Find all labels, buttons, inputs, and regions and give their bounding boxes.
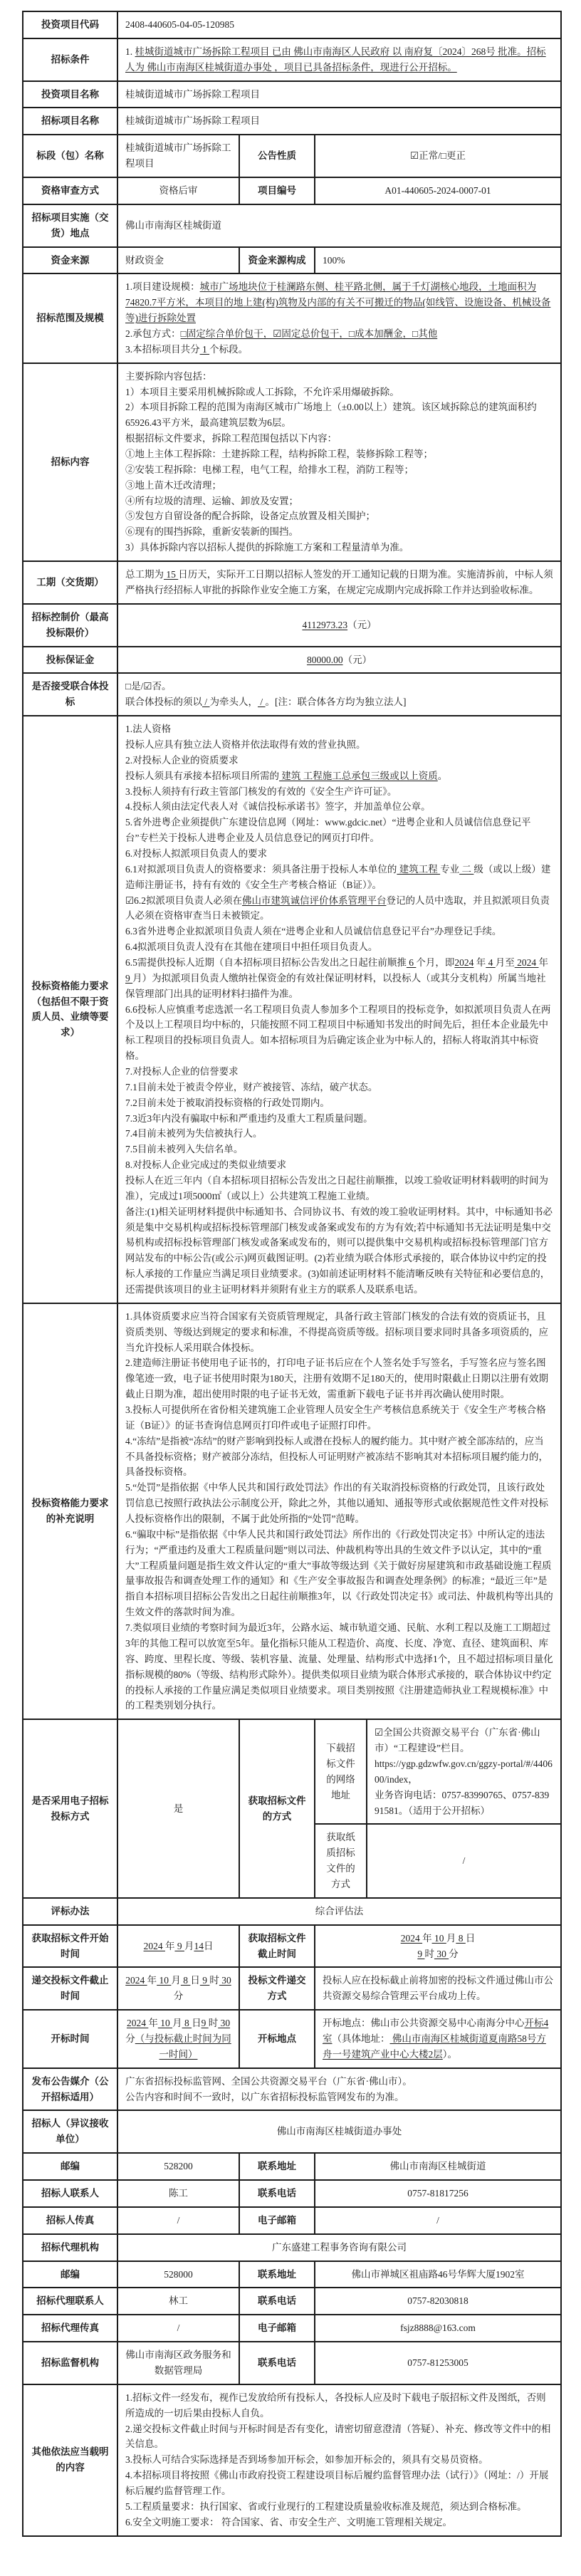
tenderer-label: 招标人（异议接收单位） bbox=[23, 2110, 117, 2153]
paragraph: 6.“骗取中标”是指依据《中华人民共和国行政处罚法》所作出的《行政处罚决定书》中… bbox=[125, 1527, 553, 1620]
text-segment: 日 bbox=[466, 1933, 476, 1944]
funding-composition-label: 资金来源构成 bbox=[239, 247, 315, 274]
implementation-location-label: 招标项目实施（交货）地点 bbox=[23, 204, 117, 247]
text-segment: 日 bbox=[192, 2018, 201, 2028]
underlined-text: 10 bbox=[157, 1975, 171, 1986]
paragraph: 投标人须具有承接本招标项目所需的 建筑 工程施工总承包三级或以上资质。 bbox=[125, 768, 553, 784]
underlined-text: 9 bbox=[201, 2018, 209, 2028]
paragraph: 5.“处罚”是指依据《中华人民共和国行政处罚法》作出的有关取消投标资格的行政处罚… bbox=[125, 1480, 553, 1527]
text-segment: 时 bbox=[209, 2018, 219, 2028]
funding-source-value: 财政资金 bbox=[117, 247, 239, 274]
table-row: 招标范围及规模 1.项目建设规模：城市广场地块位于桂澜路东侧、桂平路北侧，属于千… bbox=[23, 273, 561, 363]
text-segment: 时 bbox=[209, 1975, 219, 1986]
underlined-text: 桂城街道城市广场拆除工程项目 已由 佛山市南海区人民政府 以 南府复〔2024〕… bbox=[125, 46, 546, 73]
other-required-content-value: 1.招标文件一经发布，视作已发放给所有投标人，各投标人应及时下载电子版招标文件及… bbox=[117, 2384, 561, 2536]
bidder-qualification-requirements-label: 投标资格能力要求（包括但不限于资质人员、业绩等要求） bbox=[23, 716, 117, 1303]
table-row: 投标保证金 80000.00（元） bbox=[23, 647, 561, 674]
paragraph: 7.4目前未被列为失信被执行人。 bbox=[125, 1126, 553, 1142]
paragraph: 7.对投标人企业的信誉要求 bbox=[125, 1064, 553, 1080]
tenderer-contact-value: 陈工 bbox=[117, 2180, 239, 2207]
table-row: 资格审查方式 资格后审 项目编号 A01-440605-2024-0007-01 bbox=[23, 177, 561, 204]
project-number-label: 项目编号 bbox=[239, 177, 315, 204]
underlined-text: 9 bbox=[417, 1949, 424, 1959]
bid-opening-location-label: 开标地点 bbox=[239, 2010, 315, 2068]
tenderer-fax-value: / bbox=[117, 2207, 239, 2234]
paragraph: 7.1目前未处于被责令停业，财产被接管、冻结，破产状态。 bbox=[125, 1080, 553, 1095]
table-row: 工期（交货期） 总工期为 15 日历天，实际开工日期以招标人签发的开工通知记载的… bbox=[23, 561, 561, 604]
paper-documents-method-label: 获取纸质招标文件的方式 bbox=[315, 1824, 367, 1897]
agency-fax-value: / bbox=[117, 2315, 239, 2342]
download-documents-url-label: 下载招标文件的网络地址 bbox=[315, 1719, 367, 1824]
underlined-text: 2024 bbox=[125, 1975, 147, 1986]
evaluation-method-label: 评标办法 bbox=[23, 1898, 117, 1925]
announcement-nature-label: 公告性质 bbox=[239, 135, 315, 177]
text-segment: 6.1对拟派项目负责人的资格要求：须具备注册于投标人本单位的 bbox=[125, 864, 397, 875]
text-segment: 月 bbox=[171, 1975, 181, 1986]
underlined-text: 30 bbox=[219, 1975, 231, 1986]
paragraph: 7.3近3年内没有骗取中标和严重违约及重大工程质量问题。 bbox=[125, 1111, 553, 1127]
supervision-agency-value: 佛山市南海区政务服务和数据管理局 bbox=[117, 2342, 239, 2384]
paragraph: 联合体投标的须以 / 为牵头人， / 。[注：联合体各方均为独立法人] bbox=[125, 694, 553, 710]
bid-submission-deadline-label: 递交投标文件截止时间 bbox=[23, 1967, 117, 2010]
underlined-text: 10 bbox=[432, 1933, 446, 1944]
paragraph: 3.投标人可结合实际选择是否到场参加开标会，如参加开标会的，须具有交易员资格。 bbox=[125, 2452, 553, 2468]
table-row: 投标资格能力要求的补充说明 1.具体资质要求应当符合国家有关资质管理规定，具备行… bbox=[23, 1303, 561, 1719]
table-row: 开标时间 2024 年 10 月 8 日9 时 30 分（与投标截止时间为同一时… bbox=[23, 2010, 561, 2068]
tenderer-address-value: 佛山市南海区桂城街道 bbox=[315, 2153, 561, 2180]
agency-postcode-value: 528000 bbox=[117, 2261, 239, 2288]
paragraph: 根据招标文件要求，拆除工程范围包括以下内容： bbox=[125, 431, 553, 447]
text-segment: 。 bbox=[438, 771, 448, 781]
section-package-name-value: 桂城街道城市广场拆除工程项目 bbox=[117, 135, 239, 177]
paragraph: 备注:(1)相关证明材料提供中标通知书、合同协议书、有效的竣工验收证明材料。其中… bbox=[125, 1204, 553, 1298]
underlined-text: （与投标截止时间为同一时间） bbox=[135, 2033, 231, 2060]
tenderer-value: 佛山市南海区桂城街道办事处 bbox=[117, 2110, 561, 2153]
tenderer-postcode-value: 528200 bbox=[117, 2153, 239, 2180]
agency-address-value: 佛山市禅城区祖庙路46号华辉大厦1902室 bbox=[315, 2261, 561, 2288]
paragraph: 2.对投标人企业的资质要求 bbox=[125, 753, 553, 768]
investment-project-code-value: 2408-440605-04-05-120985 bbox=[117, 11, 561, 38]
paragraph: □是/☑否。 bbox=[125, 679, 553, 694]
underlined-text: 14 bbox=[194, 1941, 204, 1951]
underlined-text: / bbox=[258, 697, 266, 707]
table-row: 其他依法应当载明的内容 1.招标文件一经发布，视作已发放给所有投标人，各投标人应… bbox=[23, 2384, 561, 2536]
underlined-text: 9 bbox=[200, 1975, 210, 1986]
text-segment: 年 bbox=[539, 957, 549, 968]
underlined-text: 30 bbox=[218, 2018, 230, 2028]
tender-conditions-label: 招标条件 bbox=[23, 38, 117, 81]
text-segment: 月 bbox=[446, 1933, 456, 1944]
document-obtain-start-time-label: 获取招标文件开始时间 bbox=[23, 1925, 117, 1968]
document-obtain-deadline-value: 2024 年 10 月 8 日9 时 30 分 bbox=[315, 1925, 561, 1968]
bid-deposit-label: 投标保证金 bbox=[23, 647, 117, 674]
text-segment: 分 bbox=[174, 1991, 184, 2001]
paragraph: 6.5需提供投标人近期（自本招标项目招标公告发出之日起往前顺推 6 个月，即20… bbox=[125, 955, 553, 1002]
paragraph: 7.5目前未被列入失信名单。 bbox=[125, 1142, 553, 1157]
table-row: 资金来源 财政资金 资金来源构成 100% bbox=[23, 247, 561, 274]
paragraph: 投标人在近三年内（自本招标项目招标公告发出之日起往前顺推，以竣工验收证明材料载明… bbox=[125, 1173, 553, 1204]
qualification-supplementary-notes-value: 1.具体资质要求应当符合国家有关资质管理规定，具备行政主管部门核发的合法有效的资… bbox=[117, 1303, 561, 1719]
funding-composition-value: 100% bbox=[315, 247, 561, 274]
underlined-text: 6 bbox=[407, 957, 417, 968]
table-row: 招标条件 1. 桂城街道城市广场拆除工程项目 已由 佛山市南海区人民政府 以 南… bbox=[23, 38, 561, 81]
agency-address-label: 联系地址 bbox=[239, 2261, 315, 2288]
underlined-text: 2024 bbox=[515, 957, 539, 968]
supervision-agency-label: 招标监督机构 bbox=[23, 2342, 117, 2384]
text-segment: 月至 bbox=[496, 957, 515, 968]
paper-documents-method-value: / bbox=[367, 1824, 561, 1897]
text-segment: 年 bbox=[148, 2018, 158, 2028]
paragraph: 1.招标文件一经发布，视作已发放给所有投标人，各投标人应及时下载电子版招标文件及… bbox=[125, 2390, 553, 2421]
table-row: 评标办法 综合评估法 bbox=[23, 1898, 561, 1925]
underlined-text: 9 bbox=[125, 973, 132, 984]
paragraph: https://ygp.gdzwfw.gov.cn/ggzy-portal/#/… bbox=[375, 1756, 553, 1788]
consortium-bidding-value: □是/☑否。联合体投标的须以 / 为牵头人， / 。[注：联合体各方均为独立法人… bbox=[117, 673, 561, 716]
electronic-bidding-value: 是 bbox=[117, 1719, 239, 1898]
tender-control-price-label: 招标控制价（最高投标限价） bbox=[23, 604, 117, 647]
text-segment: （元） bbox=[343, 655, 372, 665]
text-segment: 总工期为 bbox=[125, 569, 164, 580]
paragraph: 1.法人资格 bbox=[125, 721, 553, 737]
tenderer-email-value: / bbox=[315, 2207, 561, 2234]
text-segment: 时 bbox=[424, 1949, 434, 1959]
underlined-text: 2024 bbox=[401, 1933, 422, 1944]
investment-project-code-label: 投资项目代码 bbox=[23, 11, 117, 38]
underlined-text: 8 bbox=[181, 1975, 191, 1986]
paragraph: 1.具体资质要求应当符合国家有关资质管理规定，具备行政主管部门核发的合法有效的资… bbox=[125, 1309, 553, 1356]
agency-phone-label: 联系电话 bbox=[239, 2288, 315, 2315]
tenderer-postcode-label: 邮编 bbox=[23, 2153, 117, 2180]
text-segment: 年 bbox=[147, 1975, 157, 1986]
paragraph: 主要拆除内容包括： bbox=[125, 369, 553, 385]
construction-period-label: 工期（交货期） bbox=[23, 561, 117, 604]
text-segment: （具体地址： bbox=[333, 2033, 390, 2044]
tender-content-label: 招标内容 bbox=[23, 363, 117, 561]
paragraph: 2024 年 10 月 8 日 bbox=[323, 1931, 553, 1946]
underlined-text: 2024 bbox=[127, 2018, 148, 2028]
paragraph: 2.建造师注册证书使用电子证书的，打印电子证书后应在个人签名处手写签名，手写签名… bbox=[125, 1355, 553, 1402]
table-row: 是否采用电子招标投标方式 是 获取招标文件的方式 下载招标文件的网络地址 ☑全国… bbox=[23, 1719, 561, 1824]
investment-project-name-value: 桂城街道城市广场拆除工程项目 bbox=[117, 81, 561, 108]
text-segment: 个标段。 bbox=[209, 344, 248, 355]
supervision-phone-label: 联系电话 bbox=[239, 2342, 315, 2384]
text-segment: 月 bbox=[172, 2018, 182, 2028]
text-segment: 1.项目建设规模： bbox=[125, 281, 200, 292]
text-segment: 日 bbox=[204, 1941, 214, 1951]
table-row: 标段（包）名称 桂城街道城市广场拆除工程项目 公告性质 ☑正常/□更正 bbox=[23, 135, 561, 177]
table-row: 递交投标文件截止时间 2024 年 10 月 8 日 9 时 30 分 投标文件… bbox=[23, 1967, 561, 2010]
qualification-review-method-label: 资格审查方式 bbox=[23, 177, 117, 204]
tender-project-name-value: 桂城街道城市广场拆除工程项目 bbox=[117, 108, 561, 135]
paragraph: 2.递交投标文件截止时间与开标时间是否有变化，请密切留意澄清（答疑）、补充、修改… bbox=[125, 2421, 553, 2453]
paragraph: 4.“冻结”是指被“冻结”的财产影响到投标人或潜在投标人的履约能力。其中财产被全… bbox=[125, 1434, 553, 1481]
announcement-nature-value: ☑正常/□更正 bbox=[315, 135, 561, 177]
agency-fax-label: 招标代理传真 bbox=[23, 2315, 117, 2342]
text-segment: 投标人须具有承接本招标项目所需的 bbox=[125, 771, 279, 781]
table-row: 投资项目名称 桂城街道城市广场拆除工程项目 bbox=[23, 81, 561, 108]
supervision-phone-value: 0757-81253005 bbox=[315, 2342, 561, 2384]
electronic-bidding-label: 是否采用电子招标投标方式 bbox=[23, 1719, 117, 1898]
table-row: 是否接受联合体投标 □是/☑否。联合体投标的须以 / 为牵头人， / 。[注：联… bbox=[23, 673, 561, 716]
text-segment: 日 bbox=[190, 1975, 200, 1986]
implementation-location-value: 佛山市南海区桂城街道 bbox=[117, 204, 561, 247]
text-segment: 分 bbox=[449, 1949, 459, 1959]
evaluation-method-value: 综合评估法 bbox=[117, 1898, 561, 1925]
agency-postcode-label: 邮编 bbox=[23, 2261, 117, 2288]
text-segment: 专业 bbox=[440, 864, 459, 875]
text-segment: 月 bbox=[184, 1941, 194, 1951]
table-row: 发布公告媒介（公开招标适用） 广东省招标投标监管网、全国公共资源交易平台（广东省… bbox=[23, 2068, 561, 2111]
agency-contact-label: 招标代理联系人 bbox=[23, 2288, 117, 2315]
qualification-supplementary-notes-label: 投标资格能力要求的补充说明 bbox=[23, 1303, 117, 1719]
tender-announcement-table: 投资项目代码 2408-440605-04-05-120985 招标条件 1. … bbox=[22, 11, 562, 2537]
text-segment: 6.5需提供投标人近期（自本招标项目招标公告发出之日起往前顺推 bbox=[125, 957, 407, 968]
underlined-text: 80000.00 bbox=[307, 655, 343, 665]
underlined-text: 建筑 工程施工总承包三级或以上资质 bbox=[279, 771, 438, 781]
bid-opening-time-label: 开标时间 bbox=[23, 2010, 117, 2068]
paragraph: 9 时 30 分 bbox=[323, 1946, 553, 1962]
bid-submission-method-label: 投标文件递交方式 bbox=[239, 1967, 315, 2010]
text-segment: 联合体投标的须以 bbox=[125, 697, 202, 707]
table-row: 投标资格能力要求（包括但不限于资质人员、业绩等要求） 1.法人资格投标人应具有独… bbox=[23, 716, 561, 1303]
table-row: 招标代理联系人 林工 联系电话 0757-82030818 bbox=[23, 2288, 561, 2315]
underlined-text: 9 bbox=[174, 1941, 184, 1951]
underlined-text: 8 bbox=[456, 1933, 466, 1944]
table-row: 招标监督机构 佛山市南海区政务服务和数据管理局 联系电话 0757-812530… bbox=[23, 2342, 561, 2384]
text-segment: ）。 bbox=[443, 2049, 457, 2060]
download-documents-url-value: ☑全国公共资源交易平台（广东省·佛山市）“工程建设”栏目。https://ygp… bbox=[367, 1719, 561, 1824]
paragraph: 广东省招标投标监管网、全国公共资源交易平台（广东省·佛山市）。 bbox=[125, 2074, 553, 2090]
agency-email-label: 电子邮箱 bbox=[239, 2315, 315, 2342]
tender-project-name-label: 招标项目名称 bbox=[23, 108, 117, 135]
bid-opening-time-value: 2024 年 10 月 8 日9 时 30 分（与投标截止时间为同一时间） bbox=[117, 2010, 239, 2068]
tender-scope-value: 1.项目建设规模：城市广场地块位于桂澜路东侧、桂平路北侧，属于千灯湖核心地段，土… bbox=[117, 273, 561, 363]
underlined-text: 4 bbox=[486, 957, 496, 968]
tenderer-fax-label: 招标人传真 bbox=[23, 2207, 117, 2234]
paragraph: ②安装工程拆除：电梯工程，电气工程，给排水工程，消防工程等； bbox=[125, 462, 553, 478]
underlined-text: 30 bbox=[434, 1949, 449, 1959]
tenderer-phone-value: 0757-81817256 bbox=[315, 2180, 561, 2207]
paragraph: 7.类似项目业绩的考察时间为最近3年，公路水运、城市轨道交通、民航、水利工程以及… bbox=[125, 1620, 553, 1714]
table-row: 招标控制价（最高投标限价） 4112973.23（元） bbox=[23, 604, 561, 647]
table-row: 招标项目实施（交货）地点 佛山市南海区桂城街道 bbox=[23, 204, 561, 247]
underlined-text: 10 bbox=[158, 2018, 172, 2028]
underlined-text: 佛山市建筑诚信评价体系管理平台 bbox=[242, 895, 387, 906]
bidder-qualification-requirements-value: 1.法人资格投标人应具有独立法人资格并依法取得有效的营业执照。2.对投标人企业的… bbox=[117, 716, 561, 1303]
tender-control-price-value: 4112973.23（元） bbox=[117, 604, 561, 647]
paragraph: 3.投标人须持有行政主管部门核发的有效的《安全生产许可证》。 bbox=[125, 784, 553, 800]
text-segment: ☑6.2拟派项目负责人必须在 bbox=[125, 895, 242, 906]
tender-announcement-page: 投资项目代码 2408-440605-04-05-120985 招标条件 1. … bbox=[0, 0, 581, 2570]
paragraph: ③地上苗木迁改清理； bbox=[125, 478, 553, 494]
text-segment: （元） bbox=[347, 620, 377, 630]
tender-content-value: 主要拆除内容包括：1）本项目主要采用机械拆除或人工拆除，不允许采用爆破拆除。2）… bbox=[117, 363, 561, 561]
table-row: 招标人（异议接收单位） 佛山市南海区桂城街道办事处 bbox=[23, 2110, 561, 2153]
underlined-text: / bbox=[202, 697, 210, 707]
tenderer-phone-label: 联系电话 bbox=[239, 2180, 315, 2207]
paragraph: 业务咨询电话：0757-83990765、0757-83991581。（适用于公… bbox=[375, 1788, 553, 1819]
agency-contact-value: 林工 bbox=[117, 2288, 239, 2315]
underlined-text: 2024 bbox=[454, 957, 473, 968]
underlined-text: 15 bbox=[164, 569, 178, 580]
paragraph: 1.项目建设规模：城市广场地块位于桂澜路东侧、桂平路北侧，属于千灯湖核心地段，土… bbox=[125, 279, 553, 326]
text-segment: 年 bbox=[422, 1933, 432, 1944]
paragraph: 4.本招标项目将按照《佛山市政府投资工程建设项目标后履约监督管理办法（试行）》（… bbox=[125, 2468, 553, 2499]
qualification-review-method-value: 资格后审 bbox=[117, 177, 239, 204]
underlined-text: 2024 bbox=[144, 1941, 165, 1951]
paragraph: 6.对投标人拟派项目负责人的要求 bbox=[125, 846, 553, 862]
bid-deposit-value: 80000.00（元） bbox=[117, 647, 561, 674]
text-segment: 3.本招标项目共分 bbox=[125, 344, 200, 355]
document-obtain-deadline-label: 获取招标文件截止时间 bbox=[239, 1925, 315, 1968]
table-row: 招标人传真 / 电子邮箱 / bbox=[23, 2207, 561, 2234]
text-segment: 1. bbox=[125, 46, 135, 57]
obtain-documents-method-label: 获取招标文件的方式 bbox=[239, 1719, 315, 1898]
underlined-text: 建筑工程 bbox=[397, 864, 440, 875]
table-row: 邮编 528200 联系地址 佛山市南海区桂城街道 bbox=[23, 2153, 561, 2180]
paragraph: ①地上主体工程拆除：土建拆除工程，结构拆除工程，装修拆除工程等； bbox=[125, 447, 553, 462]
text-segment: 日历天，实际开工日期以招标人签发的开工通知记载的日期为准。实施清拆前，中标人须严… bbox=[125, 569, 553, 595]
paragraph: 6.6投标人应慎重考虑选派一名工程项目负责人参加多个工程项目的投标竞争，如拟派项… bbox=[125, 1002, 553, 1064]
consortium-bidding-label: 是否接受联合体投标 bbox=[23, 673, 117, 716]
underlined-text: 8 bbox=[182, 2018, 192, 2028]
investment-project-name-label: 投资项目名称 bbox=[23, 81, 117, 108]
paragraph: 3.投标人可提供所在省份相关建筑施工企业管理人员安全生产考核信息系统关于《安全生… bbox=[125, 1402, 553, 1434]
text-segment: 月）为拟派项目负责人缴纳社保资金的有效社保证明材料，以投标人（或其分支机构）所属… bbox=[125, 973, 546, 999]
announcement-media-value: 广东省招标投标监管网、全国公共资源交易平台（广东省·佛山市）。公告内容和时间不一… bbox=[117, 2068, 561, 2111]
document-obtain-start-time-value: 2024 年 9 月14日 bbox=[117, 1925, 239, 1968]
table-row: 招标人联系人 陈工 联系电话 0757-81817256 bbox=[23, 2180, 561, 2207]
agency-email-value: fsjz8888@163.com bbox=[315, 2315, 561, 2342]
table-row: 招标项目名称 桂城街道城市广场拆除工程项目 bbox=[23, 108, 561, 135]
table-row: 投资项目代码 2408-440605-04-05-120985 bbox=[23, 11, 561, 38]
tender-scope-label: 招标范围及规模 bbox=[23, 273, 117, 363]
paragraph: 6.1对拟派项目负责人的资格要求：须具备注册于投标人本单位的 建筑工程 专业 二… bbox=[125, 862, 553, 893]
text-segment: 开标地点：佛山市公共资源交易中心南海分中心 bbox=[323, 2018, 525, 2028]
agency-phone-value: 0757-82030818 bbox=[315, 2288, 561, 2315]
text-segment: 。[注：联合体各方均为独立法人] bbox=[266, 697, 407, 707]
tender-conditions-value: 1. 桂城街道城市广场拆除工程项目 已由 佛山市南海区人民政府 以 南府复〔20… bbox=[117, 38, 561, 81]
table-row: 招标代理传真 / 电子邮箱 fsjz8888@163.com bbox=[23, 2315, 561, 2342]
paragraph: 3.本招标项目共分 1 个标段。 bbox=[125, 342, 553, 358]
tenderer-email-label: 电子邮箱 bbox=[239, 2207, 315, 2234]
paragraph: 1）本项目主要采用机械拆除或人工拆除，不允许采用爆破拆除。 bbox=[125, 385, 553, 400]
paragraph: 2）本项目拆除工程的范围为南海区城市广场地上（±0.00以上）建筑。该区域拆除总… bbox=[125, 400, 553, 431]
paragraph: 总工期为 15 日历天，实际开工日期以招标人签发的开工通知记载的日期为准。实施清… bbox=[125, 567, 553, 598]
paragraph: 3）具体拆除内容以招标人提供的拆除施工方案和工程量清单为准。 bbox=[125, 540, 553, 556]
underlined-text: 1 bbox=[200, 344, 210, 355]
text-segment: 年 bbox=[473, 957, 486, 968]
paragraph: 2.承包方式：□固定综合单价包干，☑固定总价包干，□成本加酬金，□其他 bbox=[125, 326, 553, 342]
text-segment: 2.承包方式： bbox=[125, 328, 181, 339]
paragraph: 7.2目前未处于被取消投标资格的行政处罚期内。 bbox=[125, 1095, 553, 1111]
section-package-name-label: 标段（包）名称 bbox=[23, 135, 117, 177]
paragraph: 5.省外进粤企业须提供广东建设信息网（网址：www.gdcic.net）“进粤企… bbox=[125, 815, 553, 846]
paragraph: 投标人应具有独立法人资格并依法取得有效的营业执照。 bbox=[125, 737, 553, 753]
table-row: 获取招标文件开始时间 2024 年 9 月14日 获取招标文件截止时间 2024… bbox=[23, 1925, 561, 1968]
tenderer-contact-label: 招标人联系人 bbox=[23, 2180, 117, 2207]
paragraph: 8.对投标人企业完成过的类似业绩要求 bbox=[125, 1157, 553, 1173]
text-segment: 分 bbox=[125, 2033, 135, 2044]
text-segment: 年 bbox=[165, 1941, 175, 1951]
table-row: 邮编 528000 联系地址 佛山市禅城区祖庙路46号华辉大厦1902室 bbox=[23, 2261, 561, 2288]
table-row: 招标代理机构 广东盛建工程事务咨询有限公司 bbox=[23, 2234, 561, 2261]
text-segment: 为牵头人， bbox=[210, 697, 258, 707]
tender-agency-value: 广东盛建工程事务咨询有限公司 bbox=[117, 2234, 561, 2261]
tenderer-address-label: 联系地址 bbox=[239, 2153, 315, 2180]
underlined-text: □固定综合单价包干，☑固定总价包干，□成本加酬金，□其他 bbox=[181, 328, 438, 339]
bid-opening-location-value: 开标地点：佛山市公共资源交易中心南海分中心开标4室（具体地址： 佛山市南海区桂城… bbox=[315, 2010, 561, 2068]
tender-agency-label: 招标代理机构 bbox=[23, 2234, 117, 2261]
construction-period-value: 总工期为 15 日历天，实际开工日期以招标人签发的开工通知记载的日期为准。实施清… bbox=[117, 561, 561, 604]
table-row: 招标内容 主要拆除内容包括：1）本项目主要采用机械拆除或人工拆除，不允许采用爆破… bbox=[23, 363, 561, 561]
paragraph: 公告内容和时间不一致时，以广东省招标投标监管网发布的为准。 bbox=[125, 2090, 553, 2105]
underlined-text: 二 bbox=[459, 864, 473, 875]
paragraph: 4.投标人须由法定代表人对《诚信投标承诺书》签字，并加盖单位公章。 bbox=[125, 799, 553, 815]
paragraph: 5.工程质量要求：执行国家、省或行业现行的工程建设质量验收标准及规范，须达到合格… bbox=[125, 2499, 553, 2515]
announcement-media-label: 发布公告媒介（公开招标适用） bbox=[23, 2068, 117, 2111]
paragraph: ☑全国公共资源交易平台（广东省·佛山市）“工程建设”栏目。 bbox=[375, 1725, 553, 1756]
funding-source-label: 资金来源 bbox=[23, 247, 117, 274]
paragraph: 6.安全文明施工要求： 符合国家、省、市安全生产、文明施工管理相关规定。 bbox=[125, 2515, 553, 2530]
paragraph: ☑6.2拟派项目负责人必须在佛山市建筑诚信评价体系管理平台登记的人员中选取，并且… bbox=[125, 893, 553, 924]
underlined-text: 4112973.23 bbox=[302, 620, 347, 630]
bid-submission-deadline-value: 2024 年 10 月 8 日 9 时 30 分 bbox=[117, 1967, 239, 2010]
project-number-value: A01-440605-2024-0007-01 bbox=[315, 177, 561, 204]
text-segment: 个月，即 bbox=[416, 957, 454, 968]
other-required-content-label: 其他依法应当载明的内容 bbox=[23, 2384, 117, 2536]
paragraph: 6.3省外进粤企业拟派项目负责人须在“进粤企业和人员诚信信息登记平台”办理登记手… bbox=[125, 924, 553, 939]
paragraph: ④所有垃圾的清理、运输、卸放及安置； bbox=[125, 494, 553, 509]
bid-submission-method-value: 投标人应在投标截止前将加密的投标文件通过佛山市公共资源交易综合管理云平台成功上传… bbox=[315, 1967, 561, 2010]
paragraph: ⑤发包方自留设备的配合拆除，设备定点放置及相关围护； bbox=[125, 509, 553, 524]
paragraph: 6.4拟派项目负责人没有在其他在建项目中担任项目负责人。 bbox=[125, 939, 553, 955]
paragraph: ⑥现有的围挡拆除，重新安装新的围挡。 bbox=[125, 524, 553, 540]
